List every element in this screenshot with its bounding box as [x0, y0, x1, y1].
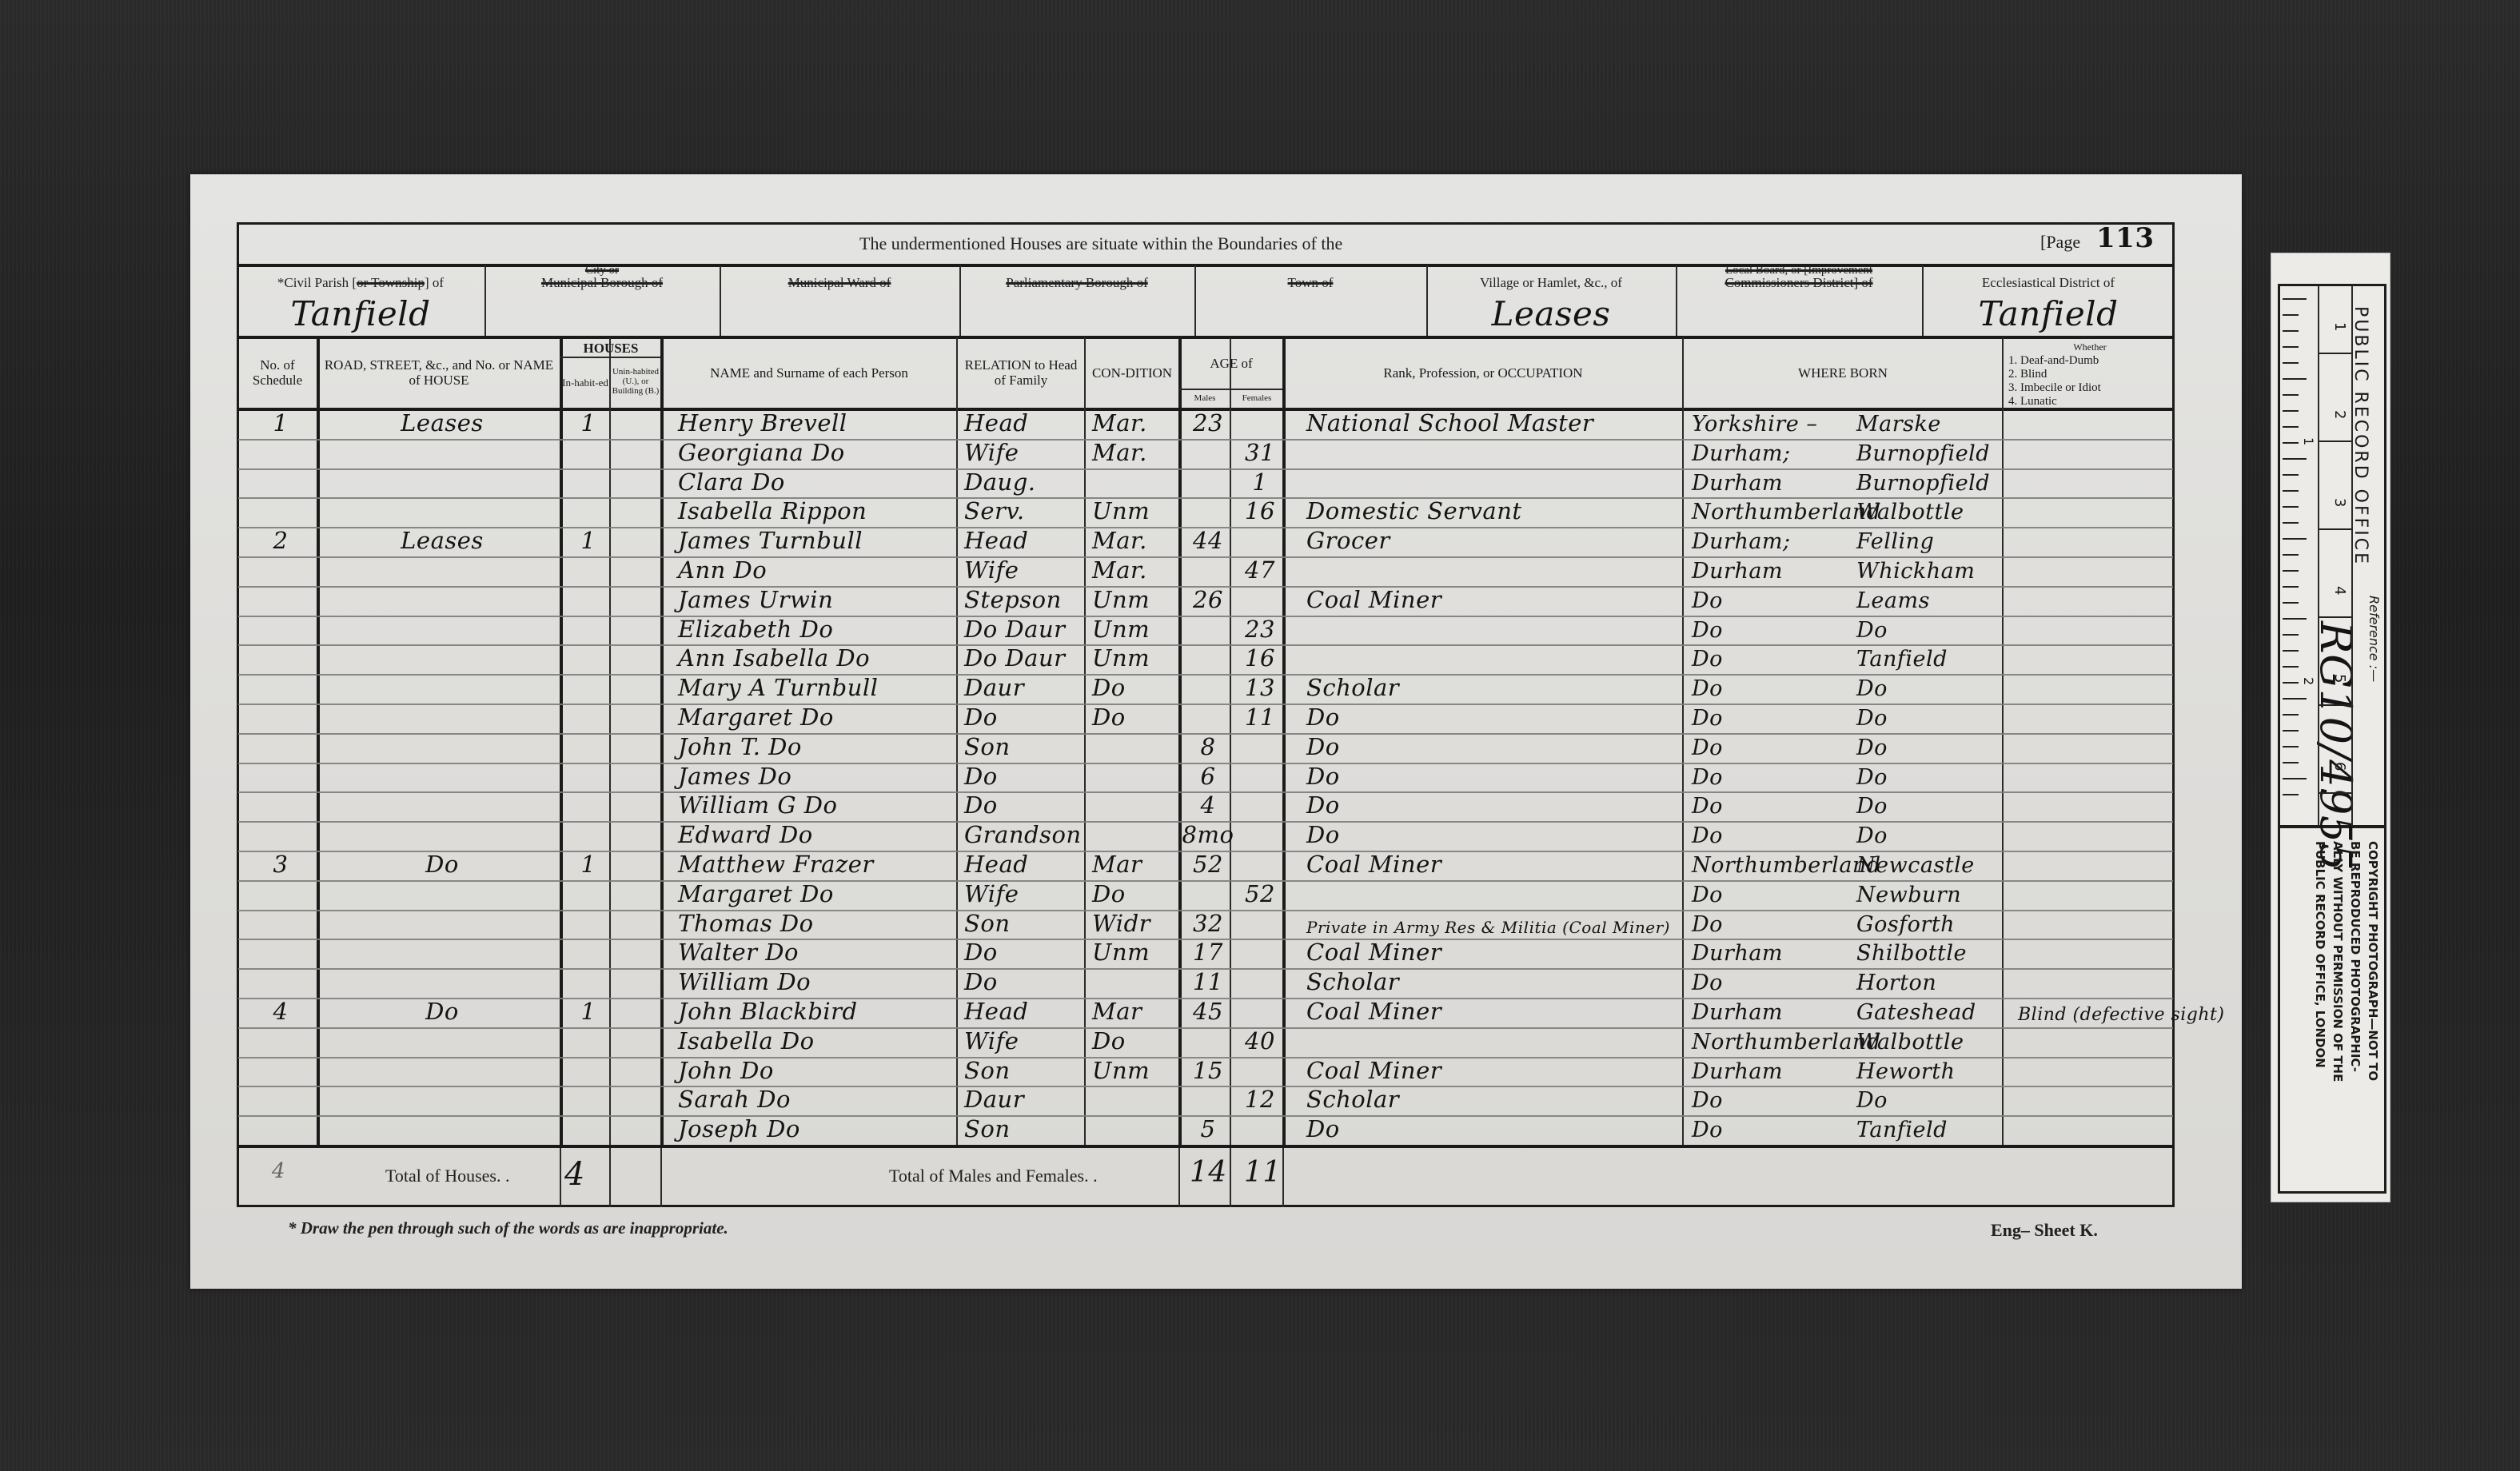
cell-name: Isabella Rippon	[660, 497, 956, 527]
cell-male-age	[1178, 644, 1230, 674]
page-number: 113	[2096, 222, 2154, 254]
cell-born-county: Do	[1692, 763, 1844, 792]
boundary-divider-line	[1194, 265, 1196, 336]
cell-relation: Daug.	[956, 468, 1084, 498]
col-uninhabited: Unin-habited (U.), or Building (B.)	[611, 357, 660, 406]
cell-born-county: Do	[1692, 674, 1844, 704]
cell-female-age	[1230, 586, 1282, 616]
cell-relation: Son	[956, 1115, 1084, 1145]
cell-born-place: Whickham	[1856, 556, 2000, 586]
cell-born-county: Yorkshire –	[1692, 409, 1844, 439]
cell-road: Do	[317, 851, 560, 880]
cell-born-county: Do	[1692, 616, 1844, 645]
scale-divider	[2319, 792, 2351, 794]
cell-schedule	[237, 1057, 317, 1086]
scale-number: 4	[2331, 586, 2348, 595]
cell-schedule	[237, 968, 317, 998]
ruler-tick	[2283, 762, 2299, 763]
cell-inhabited	[560, 674, 609, 704]
cell-road	[317, 586, 560, 616]
cell-occupation: Coal Miner	[1282, 851, 1682, 880]
houses-margin-note: 4	[272, 1159, 285, 1183]
cell-condition: Mar	[1084, 998, 1178, 1027]
ruler-tick	[2283, 474, 2299, 476]
cell-name: Georgiana Do	[660, 439, 956, 468]
total-houses-label: Total of Houses. .	[385, 1166, 510, 1186]
strip-header: PUBLIC RECORD OFFICE	[2351, 306, 2370, 566]
cell-name: John Do	[660, 1057, 956, 1086]
cell-schedule	[237, 733, 317, 763]
cell-male-age: 8mo	[1178, 821, 1230, 851]
ruler-tick	[2283, 314, 2299, 316]
cell-schedule	[237, 439, 317, 468]
ruler-column-line	[2318, 285, 2319, 826]
col-road: ROAD, STREET, &c., and No. or NAME of HO…	[318, 339, 560, 406]
cell-inhabited	[560, 439, 609, 468]
cell-road	[317, 616, 560, 645]
cell-born-place: Newcastle	[1856, 851, 2000, 880]
table-row: 3Do1Matthew FrazerHeadMar52Coal MinerNor…	[237, 851, 2175, 880]
cell-inhabited	[560, 616, 609, 645]
boundary-label: *Civil Parish [or Township] of	[241, 275, 480, 291]
cell-occupation	[1282, 468, 1682, 498]
cell-relation: Do	[956, 763, 1084, 792]
cell-born-county: Northumberland	[1692, 497, 1844, 527]
cell-male-age: 4	[1178, 791, 1230, 821]
cell-road	[317, 674, 560, 704]
cell-female-age	[1230, 910, 1282, 939]
ruler-tick	[2283, 570, 2299, 572]
page-label: [Page	[2040, 232, 2080, 253]
col-houses-group: HOUSES	[561, 339, 660, 357]
totals-column-line	[1282, 1145, 1284, 1207]
reference-strip: PUBLIC RECORD OFFICE Reference :— RG10/4…	[2271, 253, 2390, 1202]
cell-born-county: Northumberland	[1692, 1027, 1844, 1057]
ruler-tick	[2283, 506, 2299, 508]
ruler-tick	[2283, 618, 2307, 620]
ruler-tick	[2283, 586, 2299, 588]
cell-name: Mary A Turnbull	[660, 674, 956, 704]
cell-born-place: Gosforth	[1856, 910, 2000, 939]
boundary-label: Commissioners District] of	[1681, 275, 1917, 291]
cell-female-age	[1230, 791, 1282, 821]
cell-occupation: Scholar	[1282, 1086, 1682, 1115]
cell-schedule	[237, 704, 317, 733]
total-houses-value: 4	[564, 1156, 585, 1193]
cell-occupation: Coal Miner	[1282, 586, 1682, 616]
cell-born-county: Durham	[1692, 468, 1844, 498]
cell-male-age: 32	[1178, 910, 1230, 939]
cell-inhabited: 1	[560, 998, 609, 1027]
cell-schedule	[237, 1086, 317, 1115]
totals-column-line	[560, 1145, 561, 1207]
scale-divider	[2319, 441, 2351, 442]
cell-schedule	[237, 468, 317, 498]
col-inhabited: In-habit-ed	[561, 360, 609, 406]
total-females: 11	[1244, 1156, 1282, 1189]
table-row: Thomas DoSonWidr32Private in Army Res & …	[237, 910, 2175, 939]
cell-road	[317, 439, 560, 468]
cell-condition	[1084, 1086, 1178, 1115]
col-occupation: Rank, Profession, or OCCUPATION	[1284, 339, 1682, 406]
cell-born-county: Durham;	[1692, 527, 1844, 556]
cell-relation: Head	[956, 998, 1084, 1027]
totals-column-line	[609, 1145, 611, 1207]
cell-relation: Wife	[956, 880, 1084, 910]
cell-born-county: Durham	[1692, 998, 1844, 1027]
cell-relation: Do	[956, 704, 1084, 733]
cell-inhabited	[560, 1057, 609, 1086]
cell-occupation: Do	[1282, 791, 1682, 821]
cell-born-place: Do	[1856, 763, 2000, 792]
table-row: James DoDo6DoDoDo	[237, 763, 2175, 792]
cell-condition: Unm	[1084, 616, 1178, 645]
cell-born-county: Do	[1692, 821, 1844, 851]
cell-inhabited	[560, 763, 609, 792]
cell-occupation	[1282, 1027, 1682, 1057]
cell-inhabited	[560, 733, 609, 763]
ruler-tick	[2283, 458, 2307, 460]
cell-condition: Unm	[1084, 586, 1178, 616]
cell-male-age	[1178, 497, 1230, 527]
cell-born-county: Do	[1692, 586, 1844, 616]
cell-female-age	[1230, 821, 1282, 851]
cell-name: Elizabeth Do	[660, 616, 956, 645]
cell-relation: Wife	[956, 556, 1084, 586]
cell-male-age	[1178, 616, 1230, 645]
cell-name: Margaret Do	[660, 704, 956, 733]
cell-female-age: 47	[1230, 556, 1282, 586]
cell-born-place: Walbottle	[1856, 497, 2000, 527]
cell-condition: Mar	[1084, 851, 1178, 880]
cell-schedule	[237, 910, 317, 939]
cell-female-age	[1230, 998, 1282, 1027]
cell-inhabited: 1	[560, 527, 609, 556]
cell-male-age	[1178, 674, 1230, 704]
cell-condition	[1084, 1115, 1178, 1145]
table-row: 1Leases1Henry BrevellHeadMar.23National …	[237, 409, 2175, 439]
scale-divider	[2319, 616, 2351, 618]
cell-schedule	[237, 616, 317, 645]
cell-male-age: 15	[1178, 1057, 1230, 1086]
cell-inhabited	[560, 791, 609, 821]
cell-name: Isabella Do	[660, 1027, 956, 1057]
cell-name: John Blackbird	[660, 998, 956, 1027]
cell-relation: Wife	[956, 1027, 1084, 1057]
cell-female-age	[1230, 763, 1282, 792]
table-row: Margaret DoWifeDo52DoNewburn	[237, 880, 2175, 910]
cell-born-county: Do	[1692, 791, 1844, 821]
copyright-notice: COPYRIGHT PHOTOGRAPH—NOT TO BE REPRODUCE…	[2311, 841, 2382, 1082]
cell-inhabited	[560, 821, 609, 851]
cell-schedule	[237, 556, 317, 586]
cell-condition: Do	[1084, 880, 1178, 910]
cell-male-age: 26	[1178, 586, 1230, 616]
cell-female-age: 13	[1230, 674, 1282, 704]
table-row: Clara DoDaug.1DurhamBurnopfield	[237, 468, 2175, 498]
cell-occupation	[1282, 556, 1682, 586]
table-row: Georgiana DoWifeMar.31Durham;Burnopfield	[237, 439, 2175, 468]
cell-occupation: Private in Army Res & Militia (Coal Mine…	[1282, 910, 1682, 939]
cell-relation: Head	[956, 527, 1084, 556]
cell-born-county: Do	[1692, 968, 1844, 998]
cell-condition: Unm	[1084, 497, 1178, 527]
cell-born-place: Heworth	[1856, 1057, 2000, 1086]
col-schedule: No. of Schedule	[238, 339, 317, 406]
cell-born-place: Marske	[1856, 409, 2000, 439]
cell-born-place: Felling	[1856, 527, 2000, 556]
cell-born-place: Do	[1856, 821, 2000, 851]
table-row: John T. DoSon8DoDoDo	[237, 733, 2175, 763]
cell-male-age: 52	[1178, 851, 1230, 880]
cell-female-age: 16	[1230, 644, 1282, 674]
age-subheader-line	[1178, 389, 1282, 390]
copyright-line: COPYRIGHT PHOTOGRAPH—NOT TO	[2364, 841, 2382, 1082]
infirmity-option: 4. Lunatic	[2008, 395, 2171, 409]
cell-relation: Do	[956, 968, 1084, 998]
cell-born-county: Durham	[1692, 1057, 1844, 1086]
ruler-tick	[2283, 666, 2299, 668]
inch-mark: 2	[2301, 677, 2316, 685]
cell-schedule	[237, 821, 317, 851]
infirmity-title: Whether	[2008, 341, 2171, 354]
boundary-value: Leases	[1426, 294, 1676, 333]
cell-name: Thomas Do	[660, 910, 956, 939]
reference-label: Reference :—	[2366, 596, 2382, 682]
totals-divider	[237, 1145, 2175, 1148]
cell-born-county: Durham;	[1692, 439, 1844, 468]
ruler-tick	[2283, 682, 2299, 684]
cell-male-age: 45	[1178, 998, 1230, 1027]
cell-schedule	[237, 674, 317, 704]
cell-condition	[1084, 733, 1178, 763]
cell-condition: Mar.	[1084, 439, 1178, 468]
cell-relation: Serv.	[956, 497, 1084, 527]
cell-occupation: Do	[1282, 763, 1682, 792]
cell-born-place: Do	[1856, 791, 2000, 821]
cell-inhabited	[560, 1086, 609, 1115]
cell-inhabited	[560, 644, 609, 674]
cell-condition: Mar.	[1084, 409, 1178, 439]
boundary-label: Town of	[1199, 275, 1421, 291]
cell-road	[317, 791, 560, 821]
boundary-label: Municipal Borough of	[489, 275, 715, 291]
cell-male-age: 6	[1178, 763, 1230, 792]
cell-female-age	[1230, 1057, 1282, 1086]
cell-born-county: Northumberland	[1692, 851, 1844, 880]
cell-name: Henry Brevell	[660, 409, 956, 439]
cell-road	[317, 497, 560, 527]
cell-born-place: Do	[1856, 1086, 2000, 1115]
table-row: Joseph DoSon5DoDoTanfield	[237, 1115, 2175, 1145]
cell-inhabited: 1	[560, 409, 609, 439]
cell-relation: Do	[956, 791, 1084, 821]
cell-relation: Do Daur	[956, 616, 1084, 645]
ruler-tick	[2283, 554, 2299, 556]
cell-born-county: Durham	[1692, 939, 1844, 968]
cell-condition: Mar.	[1084, 527, 1178, 556]
cell-name: Walter Do	[660, 939, 956, 968]
cell-born-county: Do	[1692, 880, 1844, 910]
cell-occupation: National School Master	[1282, 409, 1682, 439]
boundary-label: Municipal Ward of	[724, 275, 955, 291]
cell-relation: Son	[956, 733, 1084, 763]
cell-condition	[1084, 468, 1178, 498]
cell-road	[317, 1057, 560, 1086]
cell-road	[317, 910, 560, 939]
cell-infirmity: Blind (defective sight)	[2018, 998, 2194, 1027]
cell-relation: Wife	[956, 439, 1084, 468]
table-row: William G DoDo4DoDoDo	[237, 791, 2175, 821]
cell-occupation: Do	[1282, 733, 1682, 763]
cell-schedule	[237, 497, 317, 527]
cell-female-age: 12	[1230, 1086, 1282, 1115]
cell-male-age	[1178, 880, 1230, 910]
cell-male-age	[1178, 1027, 1230, 1057]
col-name: NAME and Surname of each Person	[662, 339, 956, 406]
cell-male-age: 11	[1178, 968, 1230, 998]
form-title: The undermentioned Houses are situate wi…	[859, 233, 1342, 254]
cell-schedule	[237, 791, 317, 821]
ruler-tick	[2283, 746, 2299, 747]
cell-born-place: Walbottle	[1856, 1027, 2000, 1057]
cell-name: Ann Do	[660, 556, 956, 586]
ruler-tick	[2283, 602, 2299, 604]
cell-occupation: Coal Miner	[1282, 1057, 1682, 1086]
struck-text: or Township	[357, 275, 425, 290]
table-row: William DoDo11ScholarDoHorton	[237, 968, 2175, 998]
ruler-tick	[2283, 634, 2299, 636]
scale-divider	[2319, 704, 2351, 706]
cell-name: James Do	[660, 763, 956, 792]
cell-relation: Daur	[956, 1086, 1084, 1115]
cell-occupation: Domestic Servant	[1282, 497, 1682, 527]
cell-inhabited	[560, 968, 609, 998]
cell-inhabited	[560, 880, 609, 910]
cell-name: John T. Do	[660, 733, 956, 763]
cell-schedule: 4	[237, 998, 317, 1027]
cell-occupation: Scholar	[1282, 674, 1682, 704]
cell-name: Edward Do	[660, 821, 956, 851]
cell-born-place: Do	[1856, 674, 2000, 704]
cell-schedule	[237, 939, 317, 968]
cell-male-age: 44	[1178, 527, 1230, 556]
cell-female-age	[1230, 409, 1282, 439]
cell-female-age: 23	[1230, 616, 1282, 645]
table-row: Elizabeth DoDo DaurUnm23DoDo	[237, 616, 2175, 645]
cell-born-place: Horton	[1856, 968, 2000, 998]
ruler-tick	[2283, 330, 2299, 332]
inch-mark: 1	[2301, 437, 2316, 445]
ruler-tick	[2283, 410, 2299, 412]
ruler-tick	[2283, 426, 2299, 428]
cell-born-place: Do	[1856, 704, 2000, 733]
scale-divider	[2319, 353, 2351, 354]
cell-schedule	[237, 1115, 317, 1145]
cell-schedule: 1	[237, 409, 317, 439]
ruler-tick	[2283, 362, 2299, 364]
table-row: Mary A TurnbullDaurDo13ScholarDoDo	[237, 674, 2175, 704]
col-relation: RELATION to Head of Family	[958, 339, 1084, 406]
cell-schedule	[237, 880, 317, 910]
cell-born-county: Do	[1692, 1115, 1844, 1145]
cell-relation: Stepson	[956, 586, 1084, 616]
scale-divider	[2319, 528, 2351, 530]
cell-female-age	[1230, 939, 1282, 968]
cell-name: William Do	[660, 968, 956, 998]
cell-condition: Do	[1084, 704, 1178, 733]
table-row: Isabella DoWifeDo40NorthumberlandWalbott…	[237, 1027, 2175, 1057]
table-row: Ann Isabella DoDo DaurUnm16DoTanfield	[237, 644, 2175, 674]
col-age-group: AGE of	[1180, 339, 1282, 387]
cell-born-county: Do	[1692, 704, 1844, 733]
cell-name: Matthew Frazer	[660, 851, 956, 880]
cell-female-age	[1230, 968, 1282, 998]
ruler-tick	[2283, 778, 2307, 779]
cell-road	[317, 733, 560, 763]
cell-road	[317, 1027, 560, 1057]
cell-road	[317, 1086, 560, 1115]
table-row: Isabella RipponServ.Unm16Domestic Servan…	[237, 497, 2175, 527]
ruler-tick	[2283, 714, 2299, 716]
cell-occupation	[1282, 644, 1682, 674]
cell-female-age	[1230, 527, 1282, 556]
cell-inhabited	[560, 1027, 609, 1057]
cell-inhabited	[560, 556, 609, 586]
cell-road	[317, 1115, 560, 1145]
total-persons-label: Total of Males and Females. .	[889, 1166, 1098, 1186]
col-condition: CON-DITION	[1086, 339, 1178, 406]
scale-number: 2	[2331, 410, 2348, 419]
boundary-label: Ecclesiastical District of	[1927, 275, 2170, 291]
cell-occupation: Do	[1282, 821, 1682, 851]
totals-column-line	[660, 1145, 662, 1207]
cell-born-county: Do	[1692, 733, 1844, 763]
copyright-line: PUBLIC RECORD OFFICE, LONDON	[2311, 841, 2329, 1082]
table-row: James UrwinStepsonUnm26Coal MinerDoLeams	[237, 586, 2175, 616]
cell-born-place: Tanfield	[1856, 644, 2000, 674]
houses-subheader-line	[560, 357, 660, 358]
cell-condition: Unm	[1084, 1057, 1178, 1086]
cell-road	[317, 821, 560, 851]
cell-relation: Do Daur	[956, 644, 1084, 674]
table-row: 4Do1John BlackbirdHeadMar45Coal MinerDur…	[237, 998, 2175, 1027]
table-row: Walter DoDoUnm17Coal MinerDurhamShilbott…	[237, 939, 2175, 968]
cell-inhabited	[560, 939, 609, 968]
cell-inhabited	[560, 586, 609, 616]
scale-number: 5	[2331, 674, 2348, 683]
cell-born-place: Tanfield	[1856, 1115, 2000, 1145]
copyright-line: BE REPRODUCED PHOTOGRAPHIC-	[2347, 841, 2364, 1082]
table-row: Margaret DoDoDo11DoDoDo	[237, 704, 2175, 733]
cell-road	[317, 644, 560, 674]
table-row: Ann DoWifeMar.47DurhamWhickham	[237, 556, 2175, 586]
ruler-tick	[2283, 378, 2307, 380]
sheet-label: Eng– Sheet K.	[1991, 1220, 2098, 1241]
cell-condition	[1084, 821, 1178, 851]
cell-relation: Son	[956, 910, 1084, 939]
cell-inhabited	[560, 497, 609, 527]
cell-female-age: 1	[1230, 468, 1282, 498]
cell-born-place: Burnopfield	[1856, 468, 2000, 498]
cell-condition: Widr	[1084, 910, 1178, 939]
cell-born-county: Do	[1692, 910, 1844, 939]
cell-male-age	[1178, 556, 1230, 586]
cell-born-place: Do	[1856, 616, 2000, 645]
ruler-tick	[2283, 698, 2307, 700]
cell-male-age	[1178, 468, 1230, 498]
cell-born-county: Do	[1692, 644, 1844, 674]
